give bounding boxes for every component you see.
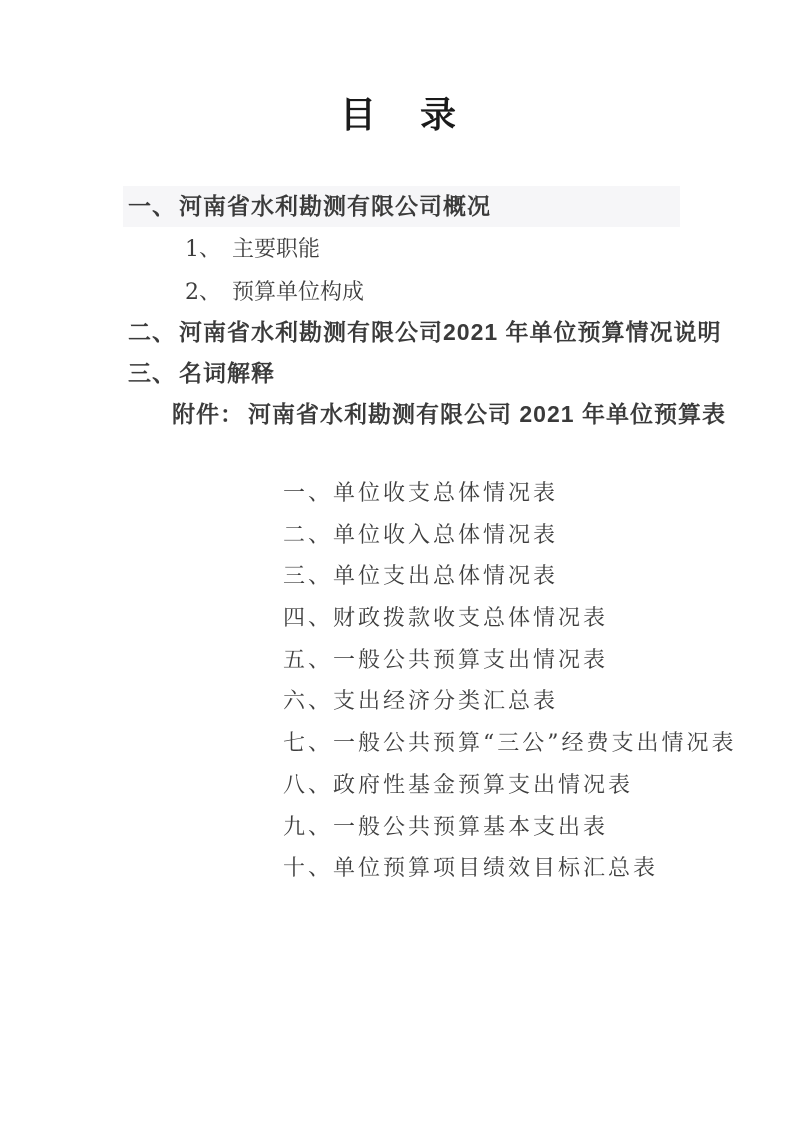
section-number: 一、 bbox=[128, 193, 176, 219]
list-item: 十、单位预算项目绩效目标汇总表 bbox=[283, 848, 737, 890]
section-number: 二、 bbox=[128, 319, 176, 345]
toc-attachment-line: 附件：河南省水利勘测有限公司 2021 年单位预算表 bbox=[172, 399, 726, 429]
list-item: 二、单位收入总体情况表 bbox=[283, 515, 737, 557]
section-label: 河南省水利勘测有限公司2021 年单位预算情况说明 bbox=[179, 319, 722, 345]
attachment-label: 河南省水利勘测有限公司 2021 年单位预算表 bbox=[248, 401, 726, 427]
section-label: 河南省水利勘测有限公司概况 bbox=[179, 193, 491, 219]
toc-subitem-main-functions: 1、主要职能 bbox=[185, 237, 320, 263]
page-title: 目 录 bbox=[0, 94, 800, 136]
toc-section-company-overview: 一、河南省水利勘测有限公司概况 bbox=[123, 186, 680, 227]
subitem-number: 2、 bbox=[185, 280, 232, 306]
section-label: 名词解释 bbox=[179, 360, 275, 386]
list-item: 九、一般公共预算基本支出表 bbox=[283, 807, 737, 849]
list-item: 四、财政拨款收支总体情况表 bbox=[283, 598, 737, 640]
list-item: 六、支出经济分类汇总表 bbox=[283, 681, 737, 723]
subitem-number: 1、 bbox=[185, 237, 232, 263]
subitem-label: 预算单位构成 bbox=[232, 280, 364, 305]
budget-tables-list: 一、单位收支总体情况表 二、单位收入总体情况表 三、单位支出总体情况表 四、财政… bbox=[283, 473, 737, 890]
list-item: 七、一般公共预算“三公”经费支出情况表 bbox=[283, 723, 737, 765]
list-item: 一、单位收支总体情况表 bbox=[283, 473, 737, 515]
section-number: 三、 bbox=[128, 360, 176, 386]
document-page: 目 录 一、河南省水利勘测有限公司概况 1、主要职能 2、预算单位构成 二、河南… bbox=[0, 0, 800, 1131]
list-item: 五、一般公共预算支出情况表 bbox=[283, 640, 737, 682]
attachment-prefix: 附件： bbox=[172, 399, 248, 429]
toc-subitem-budget-unit-composition: 2、预算单位构成 bbox=[185, 280, 364, 306]
list-item: 三、单位支出总体情况表 bbox=[283, 556, 737, 598]
subitem-label: 主要职能 bbox=[232, 237, 320, 262]
list-item: 八、政府性基金预算支出情况表 bbox=[283, 765, 737, 807]
toc-section-budget-explanation: 二、河南省水利勘测有限公司2021 年单位预算情况说明 bbox=[128, 318, 722, 346]
toc-section-glossary: 三、名词解释 bbox=[128, 359, 275, 387]
